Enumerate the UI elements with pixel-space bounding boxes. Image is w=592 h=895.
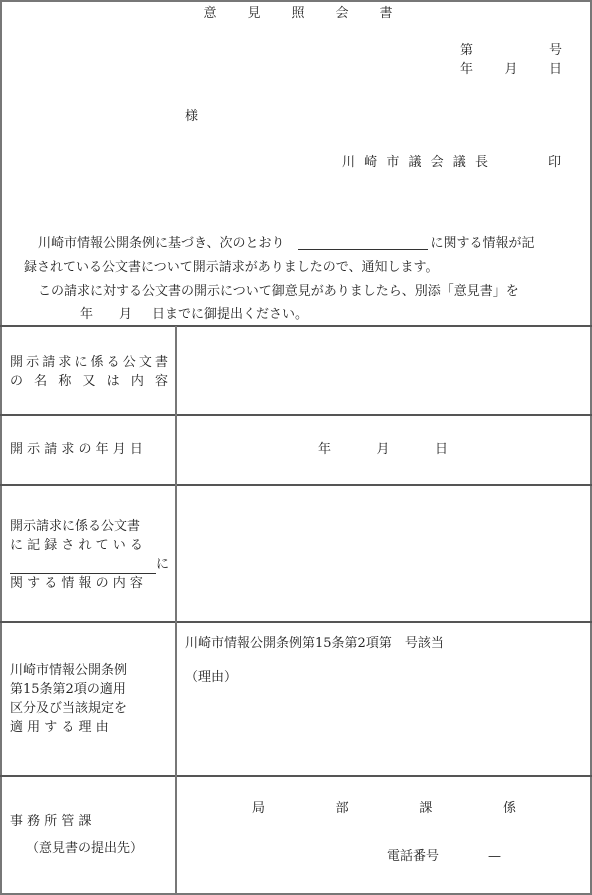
row-label-office: 事 務 所 管 課 [10,815,168,828]
deadline-text: 日までに御提出ください。 [152,307,308,322]
title-char: 書 [364,7,408,20]
label-line: 開示請求に係る公文書 [10,517,168,536]
body-line-1: 川崎市情報公開条例に基づき、次のとおりに関する情報が記 [38,237,535,250]
table-column-divider [175,326,177,893]
document-title: 意見照会書 [188,7,408,20]
table-divider [0,414,592,416]
label-line: 関 す る 情 報 の 内 容 [10,574,168,593]
title-char: 会 [320,7,364,20]
document-date-line: 年 月 日 [460,63,562,76]
clause-reference: 川崎市情報公開条例第15条第2項第 号該当 [185,637,444,650]
label-line: 適 用 す る 理 由 [10,718,168,737]
subject-blank-field[interactable] [298,237,428,250]
body-line-4: 年月日までに御提出ください。 [80,308,308,321]
info-blank-field[interactable] [10,561,156,574]
unit-subsection: 係 [503,802,516,815]
number-prefix: 第 [460,44,473,57]
phone-label: 電話番号 [387,850,439,863]
row-value-document-name[interactable] [180,328,588,413]
addressee-suffix: 様 [185,110,198,123]
sender-char: 長 [475,156,488,169]
table-divider [0,484,592,486]
table-divider [0,621,592,623]
sender-char: 会 [431,156,444,169]
office-units[interactable]: 局 部 課 係 [252,802,516,815]
reason-label: （理由） [185,671,237,684]
title-char: 意 [188,7,232,20]
row-value-recorded-info[interactable] [180,488,588,618]
body-text: 川崎市情報公開条例に基づき、次のとおり [38,236,284,251]
sender-char: 議 [453,156,466,169]
table-divider [0,325,592,327]
label-line: 開示請求に係る公文書 [10,353,168,372]
label-line: に 記 録 さ れ て い る [10,536,168,555]
label-line: の 名 称 又 は 内 容 [10,372,168,391]
date-month: 月 [504,63,517,76]
row-label-applicable-clause: 川崎市情報公開条例 第15条第2項の適用 区分及び当該規定を 適 用 す る 理… [10,661,168,737]
unit-section: 課 [419,802,432,815]
body-line-2: 録されている公文書について開示請求がありましたので、通知します。 [24,261,438,274]
sender-char: 崎 [364,156,377,169]
document-number-line: 第 号 [460,44,562,57]
sender-name: 川 崎 市 議 会 議 長 [342,156,488,169]
label-line: 第15条第2項の適用 [10,680,168,699]
label-line: 川崎市情報公開条例 [10,661,168,680]
sender-char: 議 [408,156,421,169]
seal-mark: 印 [548,156,561,169]
deadline-month: 月 [119,307,132,322]
title-char: 見 [232,7,276,20]
row-label-request-date: 開 示 請 求 の 年 月 日 [10,443,168,456]
date-year: 年 [460,63,473,76]
deadline-year: 年 [80,307,93,322]
sender-char: 市 [386,156,399,169]
label-text: に [156,557,169,572]
date-day: 日 [549,63,562,76]
phone-dash[interactable]: — [488,850,501,863]
unit-department: 部 [336,802,349,815]
row-label-document-name: 開示請求に係る公文書 の 名 称 又 は 内 容 [10,353,168,391]
label-line-blank: に [10,555,168,574]
date-year: 年 [318,443,331,456]
table-divider [0,775,592,777]
row-label-recorded-info: 開示請求に係る公文書 に 記 録 さ れ て い る に 関 す る 情 報 の… [10,517,168,593]
date-day: 日 [435,443,448,456]
sender-char: 川 [342,156,355,169]
body-text: に関する情報が記 [430,236,534,251]
date-month: 月 [376,443,389,456]
unit-bureau: 局 [252,802,265,815]
row-label-office-note: （意見書の提出先） [26,842,143,855]
body-line-3: この請求に対する公文書の開示について御意見がありましたら、別添「意見書」を [38,285,519,298]
row-value-request-date[interactable]: 年 月 日 [318,443,448,456]
number-suffix: 号 [549,44,562,57]
title-char: 照 [276,7,320,20]
label-line: 区分及び当該規定を [10,699,168,718]
